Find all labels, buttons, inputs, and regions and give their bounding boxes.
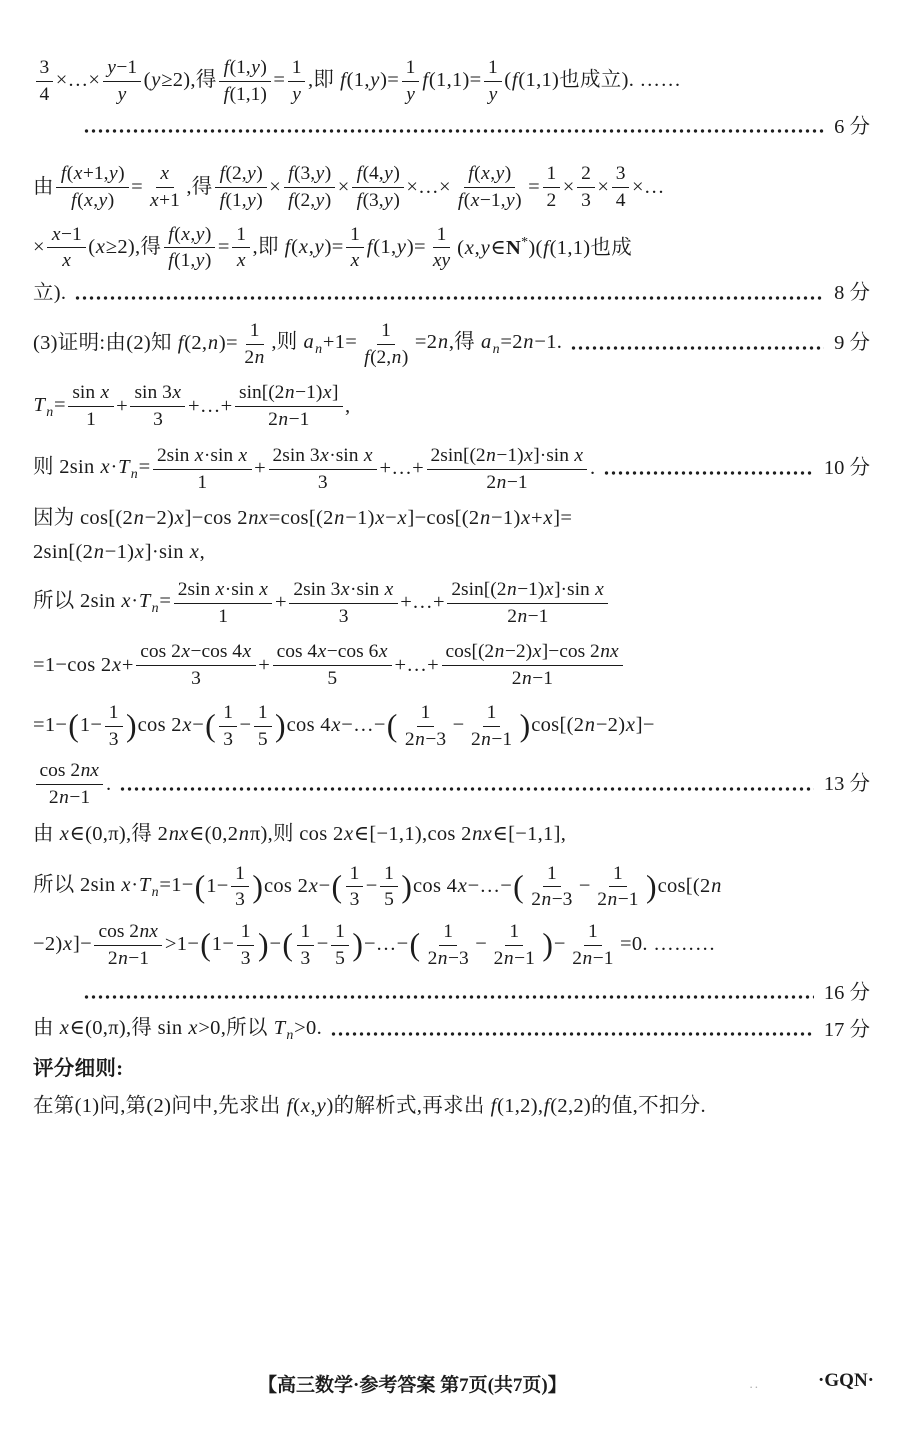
- fraction-numerator: 1: [219, 701, 237, 727]
- fraction-denominator: 3: [187, 666, 205, 691]
- dot-leader: [570, 345, 824, 351]
- fraction-denominator: 2n: [240, 345, 268, 370]
- fraction-denominator: 4: [36, 82, 54, 107]
- fraction-numerator: f(1,y): [219, 56, 271, 82]
- text-run: >1−: [165, 930, 199, 960]
- dot-leader: [330, 1031, 814, 1037]
- footer-code: ·GQN·: [818, 1370, 874, 1392]
- fraction-denominator: y: [113, 82, 131, 107]
- line-Tn-def: Tn=sin x1+sin 3x3+…+sin[(2n−1)x]2n−1,: [33, 381, 870, 432]
- fraction-numerator: cos 4x−cos 6x: [273, 640, 392, 666]
- score-label: 16 分: [824, 979, 870, 1009]
- fraction-numerator: 1: [584, 920, 602, 946]
- fraction-numerator: x−1: [47, 223, 85, 249]
- fraction: f(4,y)f(3,y): [352, 162, 404, 213]
- fraction-numerator: f(x,y): [164, 223, 216, 249]
- text-run: =: [218, 233, 230, 263]
- line-telescope-2: =1−(1−13)cos 2x−(13−15)cos 4x−…−(12n−3−1…: [33, 701, 870, 752]
- fraction-numerator: cos 2nx: [36, 759, 104, 785]
- fraction: 12n−3: [527, 862, 576, 913]
- fraction: cos 2x−cos 4x3: [136, 640, 255, 691]
- fraction: y−1y: [103, 56, 141, 107]
- text-run: cos 2x−: [264, 872, 330, 902]
- text-run: −: [579, 872, 591, 902]
- fraction: 15: [254, 701, 272, 752]
- text-run: −: [270, 930, 282, 960]
- text-run: ×: [269, 173, 281, 203]
- fraction-denominator: 2: [543, 188, 561, 213]
- line-recurrence-x: 由f(x+1,y)f(x,y)=xx+1,得f(2,y)f(1,y)×f(3,y…: [33, 162, 870, 213]
- fraction-denominator: y: [288, 82, 306, 107]
- text-run: cos 4x−…−: [413, 872, 512, 902]
- fraction: 2sin[(2n−1)x]·sin x2n−1: [447, 578, 608, 629]
- fraction: sin x1: [68, 381, 113, 432]
- line-telescope-1: =1−cos 2x+cos 2x−cos 4x3+cos 4x−cos 6x5+…: [33, 640, 870, 691]
- text-run: cos[(2n: [658, 872, 723, 902]
- fraction-numerator: 1: [254, 701, 272, 727]
- fraction: 13: [219, 701, 237, 752]
- fraction-numerator: f(2,y): [215, 162, 267, 188]
- text-run: cos 4x−…−: [287, 711, 386, 741]
- fraction: 15: [331, 920, 349, 971]
- text-run: ×…×: [406, 173, 451, 203]
- fraction: 1y: [484, 56, 502, 107]
- fraction-denominator: f(2,n): [360, 345, 413, 370]
- line-cos-identity-1: 因为 cos[(2n−2)x]−cos 2nx=cos[(2n−1)x−x]−c…: [33, 504, 870, 534]
- fraction-numerator: 1: [433, 223, 451, 249]
- text-run: =: [131, 173, 143, 203]
- fraction-denominator: 1: [193, 470, 211, 495]
- fraction-numerator: 1: [231, 862, 249, 888]
- line-inequality-2: −2)x]−cos 2nx2n−1>1−(1−13)−(13−15)−…−(12…: [33, 920, 870, 971]
- big-paren: (: [330, 871, 343, 903]
- fraction-denominator: 2n−1: [568, 946, 617, 971]
- fraction-numerator: 1: [543, 862, 561, 888]
- big-paren: (: [386, 710, 399, 742]
- fraction-numerator: 1: [297, 920, 315, 946]
- fraction-denominator: x: [346, 248, 364, 273]
- fraction-numerator: 3: [612, 162, 630, 188]
- scan-artifact: ..: [750, 1376, 761, 1392]
- fraction: 13: [105, 701, 123, 752]
- fraction-denominator: 3: [297, 946, 315, 971]
- big-paren: ): [645, 871, 658, 903]
- fraction-numerator: 1: [417, 701, 435, 727]
- fraction: cos 2nx2n−1: [36, 759, 104, 810]
- fraction: f(x,y)f(1,y): [164, 223, 216, 274]
- fraction-numerator: 1: [331, 920, 349, 946]
- fraction-denominator: 3: [314, 470, 332, 495]
- text-run: .: [106, 770, 111, 800]
- page-footer: 【高三数学·参考答案 第7页(共7页)】 .. ·GQN·: [0, 1370, 900, 1398]
- text-run: +…+: [188, 392, 233, 422]
- text-run: −: [239, 711, 251, 741]
- fraction-numerator: f(3,y): [284, 162, 336, 188]
- fraction-numerator: 2sin 3x·sin x: [269, 444, 377, 470]
- fraction-numerator: cos[(2n−2)x]−cos 2nx: [442, 640, 624, 666]
- fraction-numerator: 1: [377, 319, 395, 345]
- line-score-16: 16 分: [33, 979, 870, 1009]
- fraction: 12n−1: [593, 862, 642, 913]
- fraction-numerator: f(x,y): [464, 162, 516, 188]
- text-run: ,即 f(x,y)=: [253, 233, 344, 263]
- text-run: −: [317, 930, 329, 960]
- fraction: 2sin x·sin x1: [153, 444, 252, 495]
- dot-leader: [119, 786, 813, 792]
- big-paren: ): [257, 929, 270, 961]
- big-paren: ): [400, 871, 413, 903]
- text-run: 在第(1)问,第(2)问中,先求出 f(x,y)的解析式,再求出 f(1,2),…: [33, 1092, 706, 1122]
- text-run: 因为 cos[(2n−2)x]−cos 2nx=cos[(2n−1)x−x]−c…: [33, 504, 572, 534]
- fraction: x−1x: [47, 223, 85, 274]
- fraction-denominator: 3: [149, 407, 167, 432]
- fraction: 12n−1: [490, 920, 539, 971]
- line-fxy-result: ×x−1x(x≥2),得f(x,y)f(1,y)=1x,即 f(x,y)=1xf…: [33, 223, 870, 274]
- fraction-denominator: x+1: [145, 188, 183, 213]
- fraction-denominator: f(1,1): [219, 82, 271, 107]
- big-paren: ): [274, 710, 287, 742]
- fraction-denominator: 2n−1: [104, 946, 153, 971]
- fraction-denominator: 3: [219, 727, 237, 752]
- big-paren: ): [519, 710, 532, 742]
- fraction: 1xy: [428, 223, 454, 274]
- fraction-numerator: y−1: [103, 56, 141, 82]
- fraction: 1y: [288, 56, 306, 107]
- fraction-numerator: 2sin 3x·sin x: [289, 578, 397, 604]
- big-paren: (: [194, 871, 207, 903]
- fraction-numerator: 2: [577, 162, 595, 188]
- fraction: 34: [612, 162, 630, 213]
- text-run: ,则 an+1=: [271, 328, 357, 360]
- text-run: −…−: [364, 930, 409, 960]
- fraction-denominator: 3: [237, 946, 255, 971]
- fraction: 15: [380, 862, 398, 913]
- fraction-denominator: y: [402, 82, 420, 107]
- big-paren: (: [512, 871, 525, 903]
- fraction-denominator: 2n−1: [490, 946, 539, 971]
- text-run: =0. ………: [620, 930, 716, 960]
- line-cos-identity-2: 2sin[(2n−1)x]·sin x,: [33, 538, 870, 568]
- text-run: +: [116, 392, 128, 422]
- fraction-numerator: 1: [346, 862, 364, 888]
- fraction-numerator: 1: [402, 56, 420, 82]
- text-run: 则 2sin x·Tn=: [33, 453, 150, 485]
- fraction: 13: [231, 862, 249, 913]
- fraction: cos 4x−cos 6x5: [273, 640, 392, 691]
- text-run: 由: [33, 173, 54, 203]
- fraction-denominator: 3: [335, 604, 353, 629]
- fraction-numerator: 1: [543, 162, 561, 188]
- big-paren: (: [199, 929, 212, 961]
- score-label: 8 分: [834, 279, 870, 309]
- fraction: 2sin 3x·sin x3: [289, 578, 397, 629]
- fraction-denominator: f(x,y): [67, 188, 119, 213]
- fraction: sin 3x3: [130, 381, 185, 432]
- fraction-numerator: 1: [105, 701, 123, 727]
- text-run: ×…×: [56, 66, 101, 96]
- fraction-numerator: 1: [484, 56, 502, 82]
- text-run: +: [254, 454, 266, 484]
- fraction-denominator: 2n−1: [503, 604, 552, 629]
- fraction-denominator: 5: [331, 946, 349, 971]
- text-run: (x≥2),得: [88, 233, 161, 263]
- dot-leader: [83, 994, 814, 1000]
- fraction-denominator: f(2,y): [284, 188, 336, 213]
- text-run: −: [453, 711, 465, 741]
- text-run: +…+: [400, 588, 445, 618]
- text-run: 评分细则:: [33, 1055, 123, 1085]
- fraction: 2sin[(2n−1)x]·sin x2n−1: [427, 444, 588, 495]
- fraction-denominator: 2n−1: [593, 887, 642, 912]
- text-run: =1−: [33, 711, 67, 741]
- fraction: cos 2nx2n−1: [94, 920, 162, 971]
- fraction-denominator: 3: [346, 887, 364, 912]
- fraction: 1f(2,n): [360, 319, 413, 370]
- fraction: 12n−3: [401, 701, 450, 752]
- fraction-numerator: 1: [237, 920, 255, 946]
- fraction-denominator: y: [484, 82, 502, 107]
- fraction-denominator: 2n−1: [508, 666, 557, 691]
- text-run: +…+: [379, 454, 424, 484]
- fraction-denominator: 2n−1: [45, 785, 94, 810]
- text-run: +: [275, 588, 287, 618]
- fraction: sin[(2n−1)x]2n−1: [235, 381, 343, 432]
- score-label: 13 分: [824, 770, 870, 800]
- answer-sheet-page: 34×…×y−1y(y≥2),得f(1,y)f(1,1)=1y,即 f(1,y)…: [0, 0, 900, 1122]
- text-run: −: [475, 930, 487, 960]
- text-run: (3)证明:由(2)知 f(2,n)=: [33, 329, 238, 359]
- fraction: 1y: [402, 56, 420, 107]
- fraction-numerator: 1: [483, 701, 501, 727]
- line-2sinxTn-expand: 所以 2sin x·Tn=2sin x·sin x1+2sin 3x·sin x…: [33, 578, 870, 629]
- big-paren: ): [125, 710, 138, 742]
- fraction: 13: [346, 862, 364, 913]
- fraction-denominator: xy: [428, 248, 454, 273]
- text-run: (x,y∈N*)(f(1,1)也成: [457, 233, 632, 264]
- fraction-denominator: 2n−3: [401, 727, 450, 752]
- score-label: 17 分: [824, 1016, 870, 1046]
- fraction-numerator: f(4,y): [352, 162, 404, 188]
- text-run: 立).: [33, 279, 66, 309]
- fraction: 2sin 3x·sin x3: [269, 444, 377, 495]
- fraction: 1x: [232, 223, 250, 274]
- fraction-numerator: 1: [609, 862, 627, 888]
- fraction-denominator: f(x−1,y): [453, 188, 525, 213]
- line-score-6: 6 分: [33, 113, 870, 143]
- text-run: cos 2x−: [138, 711, 204, 741]
- fraction-numerator: 2sin x·sin x: [174, 578, 273, 604]
- fraction: f(1,y)f(1,1): [219, 56, 271, 107]
- fraction-denominator: 1: [82, 407, 100, 432]
- text-run: f(1,y)=: [366, 233, 426, 263]
- fraction: 12n: [240, 319, 268, 370]
- fraction: 12: [543, 162, 561, 213]
- text-run: .: [590, 454, 595, 484]
- dot-leader: [74, 295, 824, 301]
- text-run: −: [554, 930, 566, 960]
- line-inequality-1: 所以 2sin x·Tn=1−(1−13)cos 2x−(13−15)cos 4…: [33, 862, 870, 913]
- fraction-denominator: 5: [380, 887, 398, 912]
- fraction: f(2,y)f(1,y): [215, 162, 267, 213]
- text-run: 1−: [206, 872, 228, 902]
- fraction-numerator: 1: [288, 56, 306, 82]
- text-run: 所以 2sin x·Tn=1−: [33, 871, 194, 903]
- fraction: 1x: [346, 223, 364, 274]
- fraction-denominator: f(1,y): [164, 248, 216, 273]
- text-run: −2)x]−: [33, 930, 92, 960]
- text-run: =: [528, 173, 540, 203]
- fraction: 12n−1: [568, 920, 617, 971]
- fraction: 23: [577, 162, 595, 213]
- line-sinx-positive: 由 x∈(0,π),得 sin x>0,所以 Tn>0.17 分: [33, 1014, 870, 1046]
- fraction: 12n−1: [467, 701, 516, 752]
- line-product-f1y: 34×…×y−1y(y≥2),得f(1,y)f(1,1)=1y,即 f(1,y)…: [33, 56, 870, 107]
- fraction-numerator: 2sin[(2n−1)x]·sin x: [447, 578, 608, 604]
- fraction: f(3,y)f(2,y): [284, 162, 336, 213]
- text-run: (f(1,1)也成立). ……: [504, 66, 681, 96]
- fraction-numerator: 2sin[(2n−1)x]·sin x: [427, 444, 588, 470]
- fraction-numerator: 1: [380, 862, 398, 888]
- fraction-denominator: x: [232, 248, 250, 273]
- big-paren: ): [351, 929, 364, 961]
- dot-leader: [603, 470, 813, 476]
- text-run: +: [258, 651, 270, 681]
- score-label: 9 分: [834, 329, 870, 359]
- big-paren: (: [281, 929, 294, 961]
- fraction-numerator: 1: [505, 920, 523, 946]
- fraction: 34: [36, 56, 54, 107]
- fraction-denominator: f(1,y): [215, 188, 267, 213]
- text-run: =1−cos 2x+: [33, 651, 134, 681]
- fraction: f(x+1,y)f(x,y): [56, 162, 128, 213]
- fraction-numerator: 1: [232, 223, 250, 249]
- big-paren: ): [541, 929, 554, 961]
- fraction-numerator: 3: [36, 56, 54, 82]
- dot-leader: [83, 128, 824, 134]
- fraction-numerator: cos 2nx: [94, 920, 162, 946]
- fraction: xx+1: [145, 162, 183, 213]
- fraction-denominator: 3: [231, 887, 249, 912]
- text-run: +…+: [394, 651, 439, 681]
- fraction: cos[(2n−2)x]−cos 2nx2n−1: [442, 640, 624, 691]
- text-run: ,: [345, 392, 350, 422]
- footer-title-page-number: 【高三数学·参考答案 第7页(共7页)】: [258, 1370, 567, 1397]
- line-score-8: 立).8 分: [33, 279, 870, 309]
- fraction: 13: [297, 920, 315, 971]
- line-grading-header: 评分细则:: [33, 1055, 870, 1085]
- text-run: =: [273, 66, 285, 96]
- text-run: ×: [563, 173, 575, 203]
- fraction-numerator: sin x: [68, 381, 113, 407]
- score-label: 6 分: [834, 113, 870, 143]
- fraction: 2sin x·sin x1: [174, 578, 273, 629]
- fraction-numerator: sin[(2n−1)x]: [235, 381, 343, 407]
- fraction-denominator: 3: [105, 727, 123, 752]
- fraction-denominator: f(3,y): [352, 188, 404, 213]
- fraction-denominator: 2n−1: [482, 470, 531, 495]
- fraction-denominator: x: [58, 248, 76, 273]
- text-run: 1−: [212, 930, 234, 960]
- fraction-denominator: 4: [612, 188, 630, 213]
- text-run: ×: [338, 173, 350, 203]
- fraction-numerator: cos 2x−cos 4x: [136, 640, 255, 666]
- text-run: 1−: [80, 711, 102, 741]
- fraction: 12n−3: [424, 920, 473, 971]
- fraction-denominator: 3: [577, 188, 595, 213]
- text-run: (y≥2),得: [144, 66, 217, 96]
- text-run: 由 x∈(0,π),得 2nx∈(0,2nπ),则 cos 2x∈[−1,1),…: [33, 820, 566, 850]
- fraction-denominator: 2n−1: [467, 727, 516, 752]
- fraction-numerator: f(x+1,y): [56, 162, 128, 188]
- fraction-numerator: 2sin x·sin x: [153, 444, 252, 470]
- big-paren: (: [67, 710, 80, 742]
- text-run: Tn=: [33, 391, 66, 423]
- text-run: ×: [33, 233, 45, 263]
- fraction-numerator: x: [156, 162, 174, 188]
- fraction-numerator: sin 3x: [130, 381, 185, 407]
- score-label: 10 分: [824, 454, 870, 484]
- text-run: cos[(2n−2)x]−: [531, 711, 655, 741]
- fraction-numerator: 1: [439, 920, 457, 946]
- fraction-denominator: 5: [254, 727, 272, 752]
- text-run: 由 x∈(0,π),得 sin x>0,所以 Tn>0.: [33, 1014, 322, 1046]
- big-paren: (: [408, 929, 421, 961]
- text-run: −: [366, 872, 378, 902]
- fraction: f(x,y)f(x−1,y): [453, 162, 525, 213]
- text-run: f(1,1)=: [422, 66, 482, 96]
- fraction-numerator: 1: [346, 223, 364, 249]
- big-paren: ): [251, 871, 264, 903]
- text-run: 2sin[(2n−1)x]·sin x,: [33, 538, 205, 568]
- text-run: ,得: [186, 173, 212, 203]
- fraction-numerator: 1: [246, 319, 264, 345]
- line-2sinxTn: 则 2sin x·Tn=2sin x·sin x1+2sin 3x·sin x3…: [33, 444, 870, 495]
- fraction: 13: [237, 920, 255, 971]
- fraction-denominator: 5: [323, 666, 341, 691]
- line-score-13: cos 2nx2n−1.13 分: [33, 759, 870, 810]
- text-run: ×…: [632, 173, 665, 203]
- big-paren: (: [204, 710, 217, 742]
- fraction-denominator: 1: [214, 604, 232, 629]
- line-proof3-an: (3)证明:由(2)知 f(2,n)=12n,则 an+1=1f(2,n)=2n…: [33, 319, 870, 370]
- text-run: =2n,得 an=2n−1.: [415, 328, 562, 360]
- fraction-denominator: 2n−1: [264, 407, 313, 432]
- line-grading-note: 在第(1)问,第(2)问中,先求出 f(x,y)的解析式,再求出 f(1,2),…: [33, 1092, 870, 1122]
- fraction-denominator: 2n−3: [527, 887, 576, 912]
- line-domain: 由 x∈(0,π),得 2nx∈(0,2nπ),则 cos 2x∈[−1,1),…: [33, 820, 870, 850]
- fraction-denominator: 2n−3: [424, 946, 473, 971]
- text-run: 所以 2sin x·Tn=: [33, 587, 171, 619]
- text-run: ×: [597, 173, 609, 203]
- text-run: ,即 f(1,y)=: [308, 66, 399, 96]
